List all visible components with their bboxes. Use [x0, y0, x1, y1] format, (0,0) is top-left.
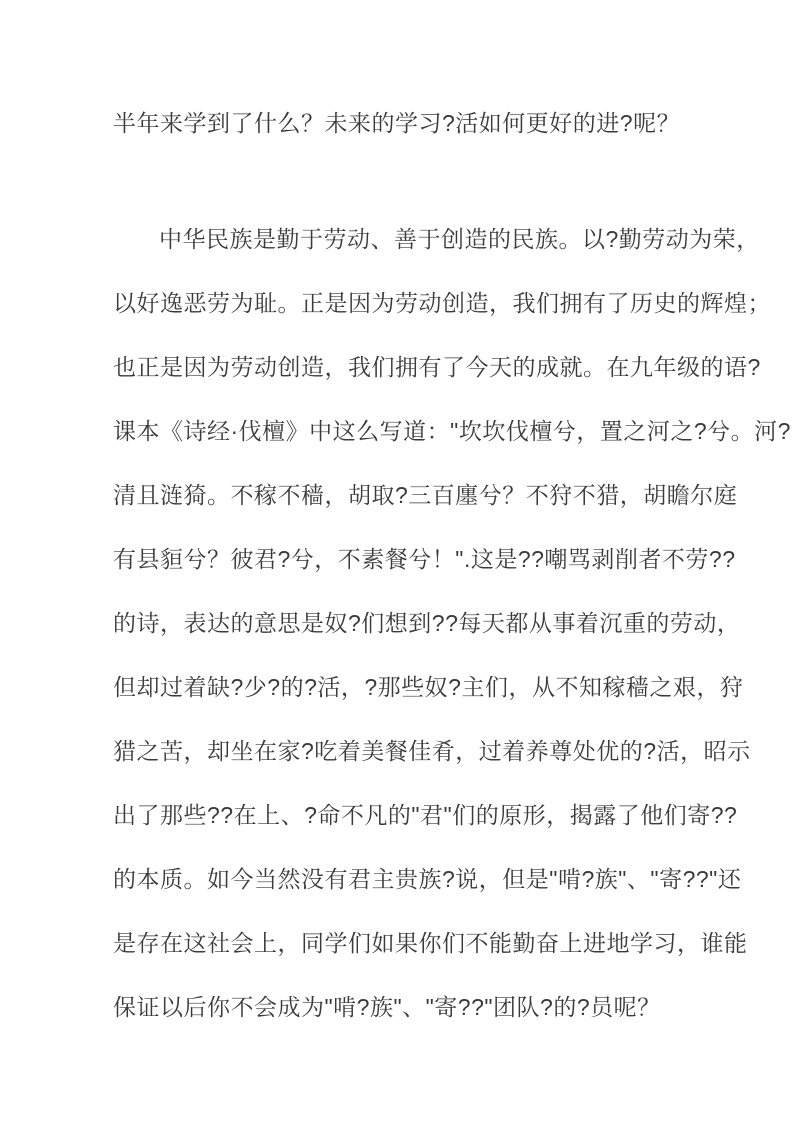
text-line: 课本《诗经·伐檀》中这么写道："坎坎伐檀兮，置之河之?兮。河? [113, 399, 681, 463]
text-line: 也正是因为劳动创造，我们拥有了今天的成就。在九年级的语? [113, 335, 681, 399]
text-line: 中华民族是勤于劳动、善于创造的民族。以?勤劳动为荣， [113, 207, 681, 271]
text-line: 半年来学到了什么？未来的学习?活如何更好的进?呢？ [113, 91, 681, 155]
text-line: 保证以后你不会成为"啃?族"、"寄??"团队?的?员呢？ [113, 975, 681, 1039]
opening-question-paragraph: 半年来学到了什么？未来的学习?活如何更好的进?呢？ [113, 91, 681, 155]
text-line: 出了那些??在上、?命不凡的"君"们的原形，揭露了他们寄?? [113, 783, 681, 847]
text-line: 清且涟猗。不稼不穑，胡取?三百廛兮？不狩不猎，胡瞻尔庭 [113, 463, 681, 527]
text-line: 猎之苦，却坐在家?吃着美餐佳肴，过着养尊处优的?活，昭示 [113, 719, 681, 783]
document-page: 半年来学到了什么？未来的学习?活如何更好的进?呢？ 中华民族是勤于劳动、善于创造… [0, 0, 793, 1122]
body-paragraph: 中华民族是勤于劳动、善于创造的民族。以?勤劳动为荣， 以好逸恶劳为耻。正是因为劳… [113, 207, 681, 1039]
text-line: 有县貆兮？彼君?兮，不素餐兮！".这是??嘲骂剥削者不劳?? [113, 527, 681, 591]
text-line: 的本质。如今当然没有君主贵族?说，但是"啃?族"、"寄??"还 [113, 847, 681, 911]
text-line: 但却过着缺?少?的?活，?那些奴?主们，从不知稼穑之艰，狩 [113, 655, 681, 719]
text-line: 的诗，表达的意思是奴?们想到??每天都从事着沉重的劳动， [113, 591, 681, 655]
text-line: 以好逸恶劳为耻。正是因为劳动创造，我们拥有了历史的辉煌； [113, 271, 681, 335]
text-line: 是存在这社会上，同学们如果你们不能勤奋上进地学习，谁能 [113, 911, 681, 975]
